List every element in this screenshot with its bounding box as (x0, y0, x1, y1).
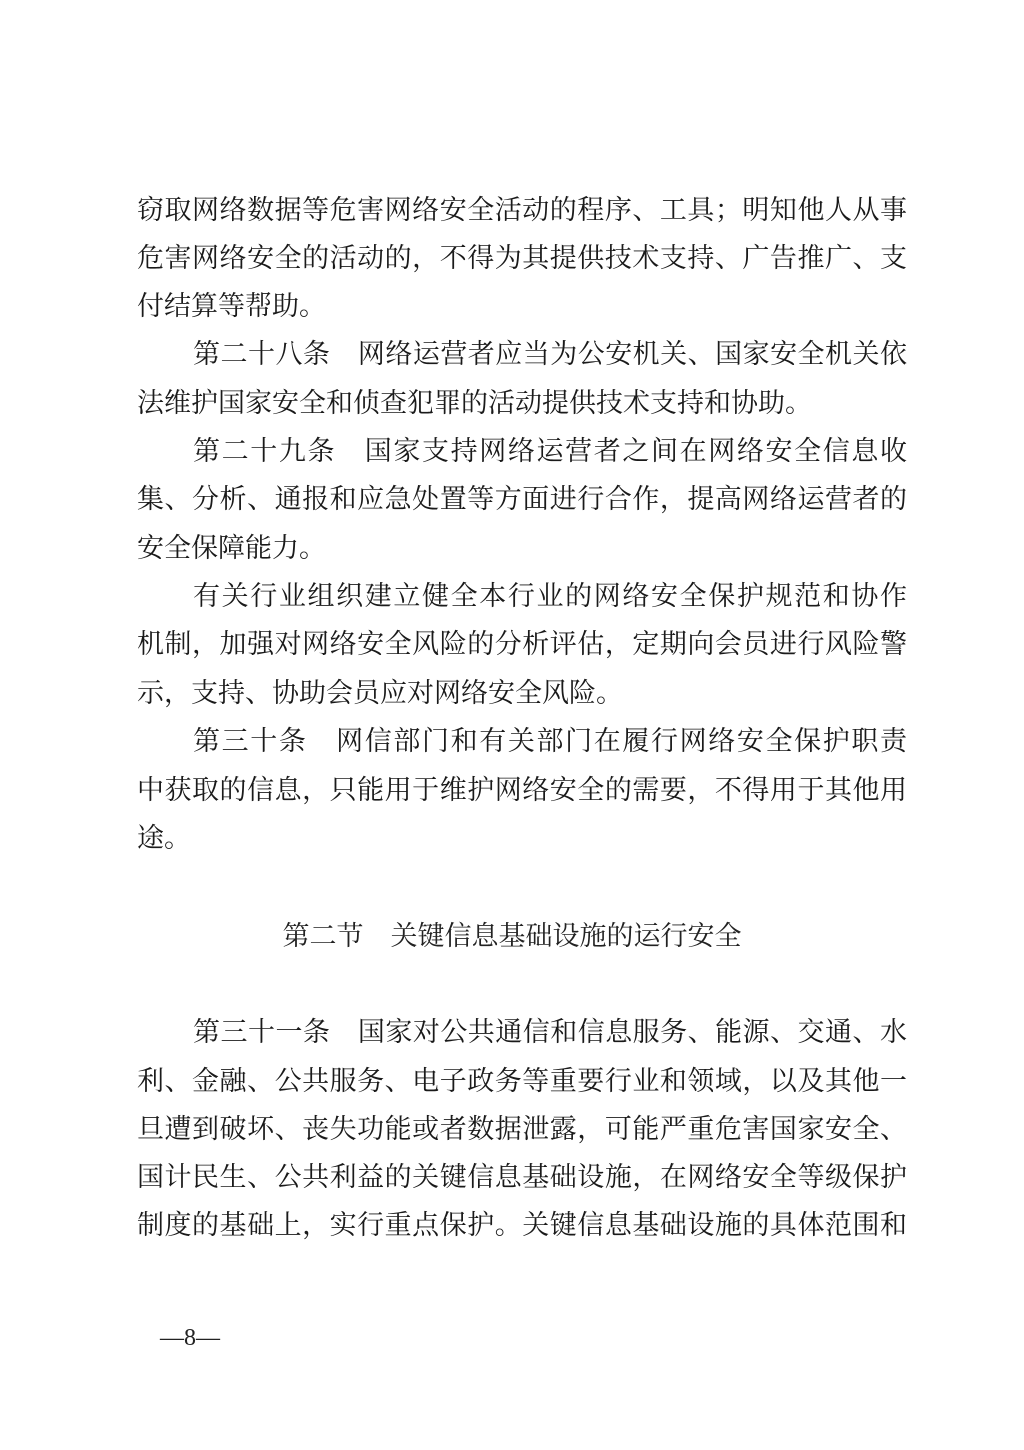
article-29-line: 安全保障能力。 (137, 525, 907, 573)
industry-paragraph-line: 示，支持、协助会员应对网络安全风险。 (137, 670, 907, 718)
article-28-line: 法维护国家安全和侦查犯罪的活动提供技术支持和协助。 (137, 380, 907, 428)
article-28-line: 第二十八条 网络运营者应当为公安机关、国家安全机关依 (193, 331, 907, 379)
document-page: 窃取网络数据等危害网络安全活动的程序、工具；明知他人从事 危害网络安全的活动的，… (0, 0, 1024, 1450)
article-31-line: 旦遭到破坏、丧失功能或者数据泄露，可能严重危害国家安全、 (137, 1106, 907, 1154)
article-31-line: 利、金融、公共服务、电子政务等重要行业和领域，以及其他一 (137, 1058, 907, 1106)
text-line: 危害网络安全的活动的，不得为其提供技术支持、广告推广、支 (137, 235, 907, 283)
page-number: —8— (160, 1320, 220, 1356)
section-heading: 第二节 关键信息基础设施的运行安全 (0, 913, 1024, 961)
article-31-line: 第三十一条 国家对公共通信和信息服务、能源、交通、水 (193, 1009, 907, 1057)
article-29-line: 集、分析、通报和应急处置等方面进行合作，提高网络运营者的 (137, 476, 907, 524)
article-30-line: 中获取的信息，只能用于维护网络安全的需要，不得用于其他用 (137, 767, 907, 815)
industry-paragraph-line: 有关行业组织建立健全本行业的网络安全保护规范和协作 (193, 573, 907, 621)
industry-paragraph-line: 机制，加强对网络安全风险的分析评估，定期向会员进行风险警 (137, 621, 907, 669)
article-29-line: 第二十九条 国家支持网络运营者之间在网络安全信息收 (193, 428, 907, 476)
article-30-line: 第三十条 网信部门和有关部门在履行网络安全保护职责 (193, 718, 907, 766)
article-31-line: 国计民生、公共利益的关键信息基础设施，在网络安全等级保护 (137, 1154, 907, 1202)
article-31-line: 制度的基础上，实行重点保护。关键信息基础设施的具体范围和 (137, 1202, 907, 1250)
article-30-line: 途。 (137, 815, 907, 863)
text-line: 付结算等帮助。 (137, 283, 907, 331)
text-line: 窃取网络数据等危害网络安全活动的程序、工具；明知他人从事 (137, 187, 907, 235)
